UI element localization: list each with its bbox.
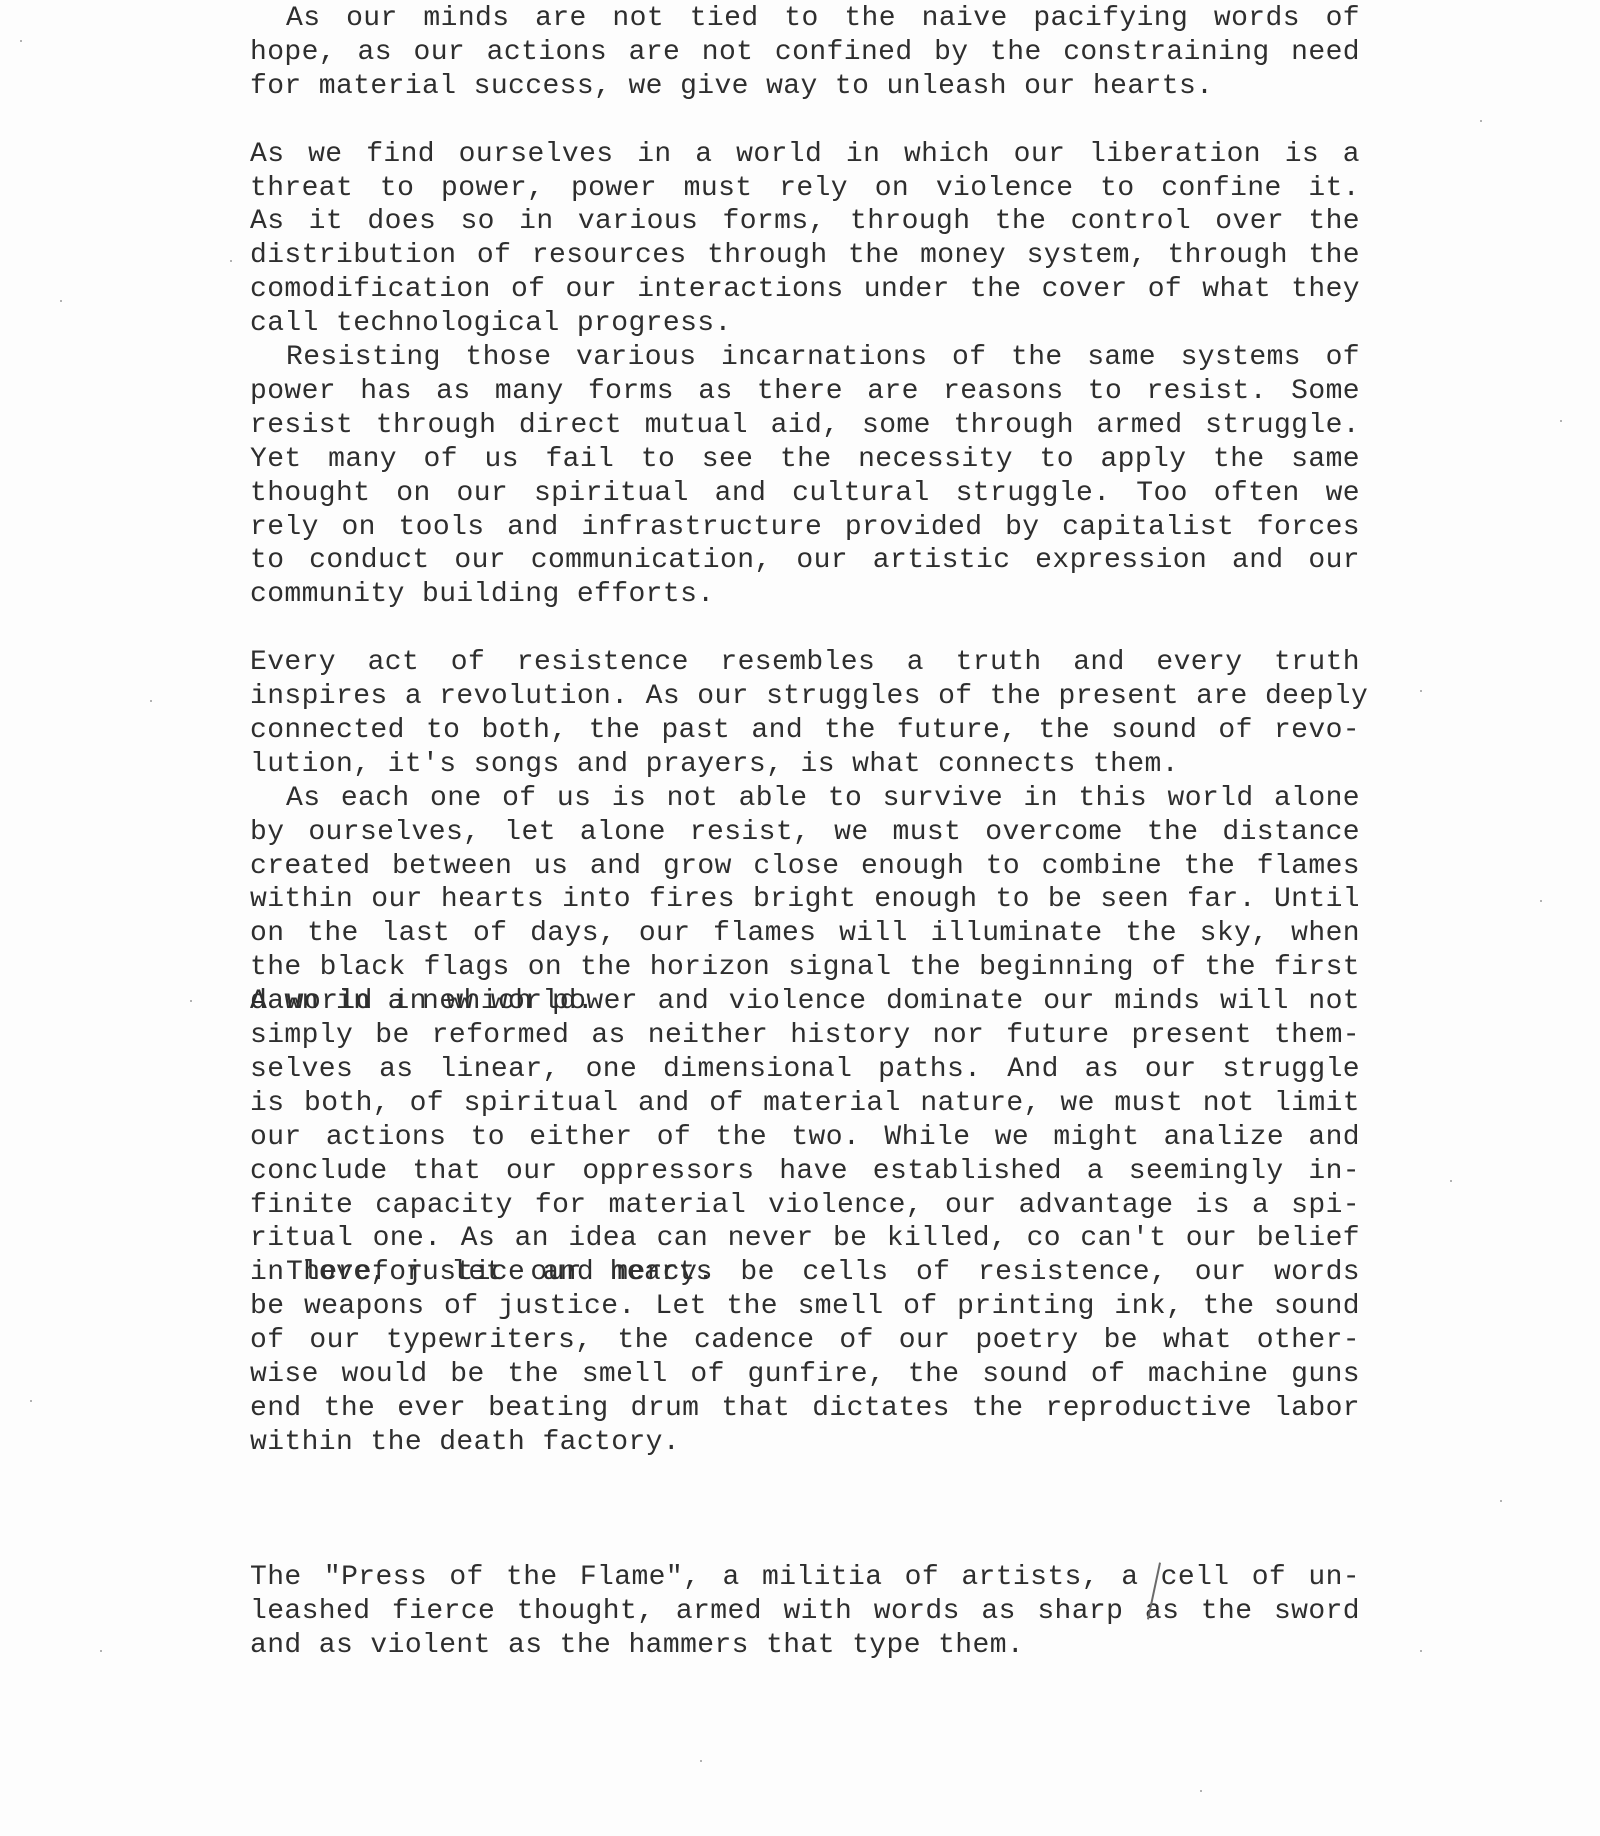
text-line: Therefor let our hearts be cells of resi… (250, 1256, 1360, 1290)
text-line: call technological progress. (250, 307, 1360, 341)
scan-speck (700, 1760, 702, 1762)
scan-speck (1450, 1180, 1452, 1182)
text-line: As our minds are not tied to the naive p… (250, 2, 1360, 36)
text-line: simply be reformed as neither history no… (250, 1019, 1360, 1053)
text-line: inspires a revolution. As our struggles … (250, 680, 1360, 714)
text-line: by ourselves, let alone resist, we must … (250, 816, 1360, 850)
text-line: comodification of our interactions under… (250, 273, 1360, 307)
scan-speck (60, 300, 62, 302)
scan-speck (1480, 120, 1482, 122)
text-line: hope, as our actions are not confined by… (250, 36, 1360, 70)
scan-speck (150, 700, 152, 702)
text-line: As it does so in various forms, through … (250, 205, 1360, 239)
text-line: for material success, we give way to unl… (250, 70, 1360, 104)
text-line: within the death factory. (250, 1426, 1360, 1460)
text-line: distribution of resources through the mo… (250, 239, 1360, 273)
text-line: selves as linear, one dimensional paths.… (250, 1053, 1360, 1087)
text-line: The "Press of the Flame", a militia of a… (250, 1561, 1360, 1595)
text-line: to conduct our communication, our artist… (250, 544, 1360, 578)
text-line: the black flags on the horizon signal th… (250, 951, 1360, 985)
text-line: end the ever beating drum that dictates … (250, 1392, 1360, 1426)
text-line: created between us and grow close enough… (250, 850, 1360, 884)
scanned-page: As our minds are not tied to the naive p… (0, 0, 1600, 1836)
scan-speck (30, 1400, 32, 1402)
scan-speck (1200, 1790, 1202, 1792)
text-line: rely on tools and infrastructure provide… (250, 511, 1360, 545)
text-line: Resisting those various incarnations of … (250, 341, 1360, 375)
text-line: our actions to either of the two. While … (250, 1121, 1360, 1155)
scan-speck (1540, 900, 1542, 902)
text-line: A world in which power and violence domi… (250, 985, 1360, 1019)
text-line: Every act of resistence resembles a trut… (250, 646, 1360, 680)
text-line: thought on our spiritual and cultural st… (250, 477, 1360, 511)
text-line: threat to power, power must rely on viol… (250, 172, 1360, 206)
scan-speck (20, 40, 22, 42)
scan-speck (1560, 420, 1562, 422)
text-line: within our hearts into fires bright enou… (250, 883, 1360, 917)
text-line: lution, it's songs and prayers, is what … (250, 748, 1360, 782)
text-line: and as violent as the hammers that type … (250, 1629, 1360, 1663)
scan-speck (230, 260, 232, 262)
text-line: of our typewriters, the cadence of our p… (250, 1324, 1360, 1358)
text-line: ritual one. As an idea can never be kill… (250, 1222, 1360, 1256)
scan-speck (100, 1650, 102, 1652)
text-line: on the last of days, our flames will ill… (250, 917, 1360, 951)
text-line: resist through direct mutual aid, some t… (250, 409, 1360, 443)
text-line: be weapons of justice. Let the smell of … (250, 1290, 1360, 1324)
text-line: finite capacity for material violence, o… (250, 1189, 1360, 1223)
scan-speck (1420, 690, 1422, 692)
text-line: leashed fierce thought, armed with words… (250, 1595, 1360, 1629)
text-line: As each one of us is not able to survive… (250, 782, 1360, 816)
text-line: wise would be the smell of gunfire, the … (250, 1358, 1360, 1392)
text-line: power has as many forms as there are rea… (250, 375, 1360, 409)
scan-speck (190, 1000, 192, 1002)
text-line: community building efforts. (250, 578, 1360, 612)
scan-speck (1420, 1650, 1422, 1652)
scan-speck (1500, 1500, 1502, 1502)
text-line: Yet many of us fail to see the necessity… (250, 443, 1360, 477)
text-line: is both, of spiritual and of material na… (250, 1087, 1360, 1121)
text-line: connected to both, the past and the futu… (250, 714, 1360, 748)
text-line: conclude that our oppressors have establ… (250, 1155, 1360, 1189)
text-line: As we find ourselves in a world in which… (250, 138, 1360, 172)
